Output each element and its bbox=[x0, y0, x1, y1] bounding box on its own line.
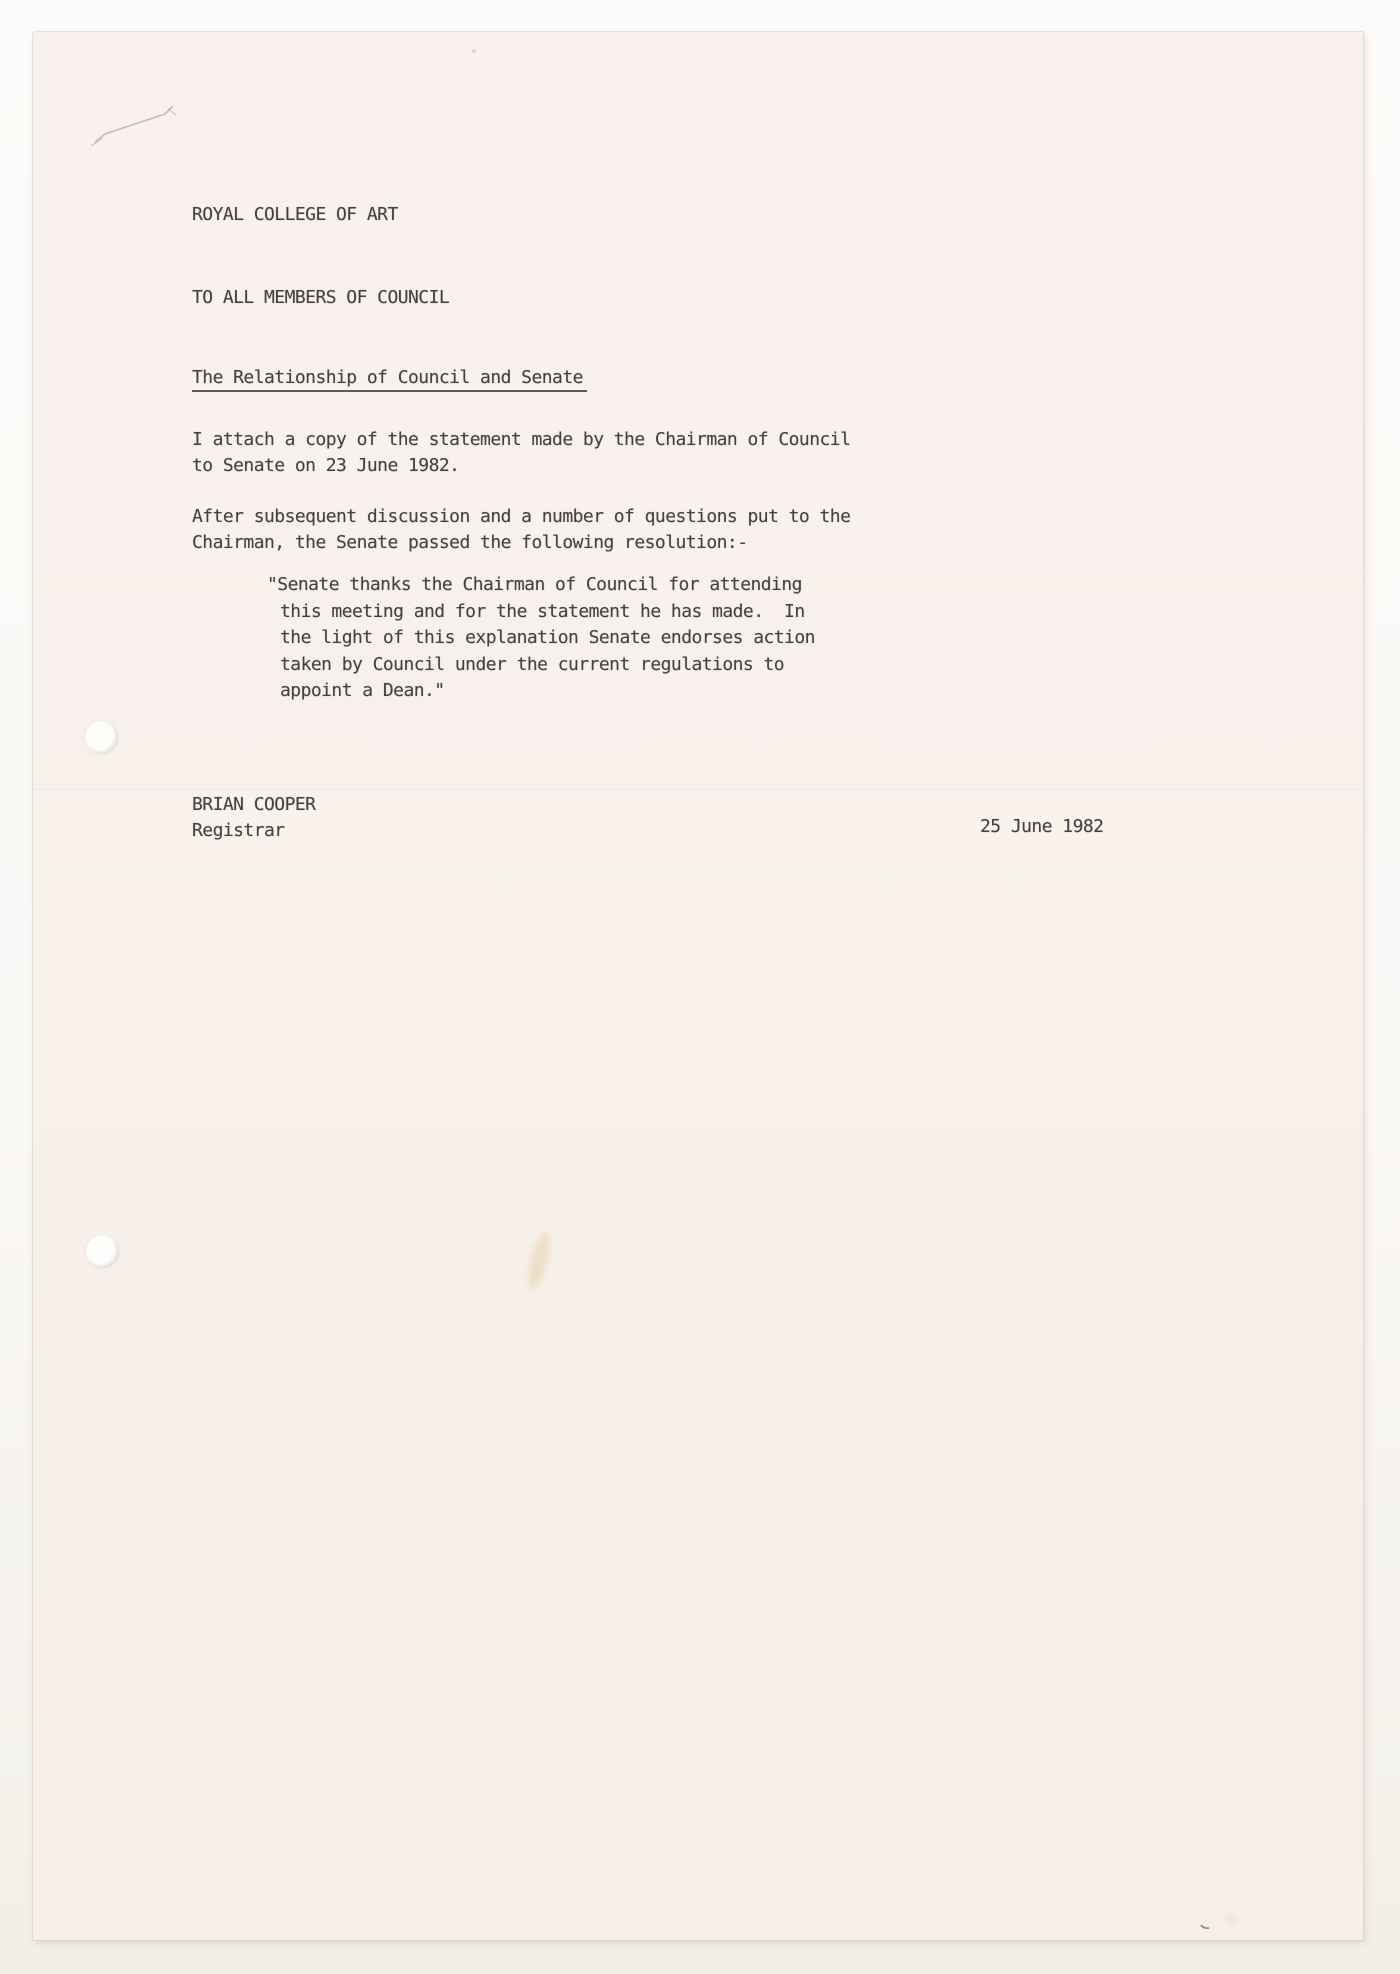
recipient-line: TO ALL MEMBERS OF COUNCIL bbox=[192, 285, 449, 311]
body-paragraph-1-line-1: I attach a copy of the statement made by… bbox=[192, 427, 850, 453]
resolution-line-4: taken by Council under the current regul… bbox=[280, 652, 815, 679]
letterhead-text: ROYAL COLLEGE OF ART bbox=[192, 202, 398, 228]
signature-name: BRIAN COOPER bbox=[192, 792, 315, 818]
resolution-line-5: appoint a Dean." bbox=[280, 678, 815, 705]
date-text: 25 June 1982 bbox=[980, 814, 1103, 840]
staple-mark bbox=[33, 32, 1363, 1940]
scanned-document: ROYAL COLLEGE OF ART TO ALL MEMBERS OF C… bbox=[0, 0, 1400, 1974]
body-paragraph-2-line-1: After subsequent discussion and a number… bbox=[192, 504, 850, 530]
subject-heading: The Relationship of Council and Senate bbox=[192, 365, 587, 391]
body-paragraph-1-line-2: to Senate on 23 June 1982. bbox=[192, 453, 459, 479]
signature-title: Registrar bbox=[192, 818, 285, 844]
subject-heading-text: The Relationship of Council and Senate bbox=[192, 367, 587, 392]
resolution-line-3: the light of this explanation Senate end… bbox=[280, 625, 815, 652]
resolution-line-1: "Senate thanks the Chairman of Council f… bbox=[267, 572, 815, 599]
body-paragraph-2-line-2: Chairman, the Senate passed the followin… bbox=[192, 530, 748, 556]
paper-sheet: ROYAL COLLEGE OF ART TO ALL MEMBERS OF C… bbox=[33, 32, 1363, 1940]
resolution-quote: "Senate thanks the Chairman of Council f… bbox=[267, 572, 815, 705]
resolution-line-2: this meeting and for the statement he ha… bbox=[280, 599, 815, 626]
